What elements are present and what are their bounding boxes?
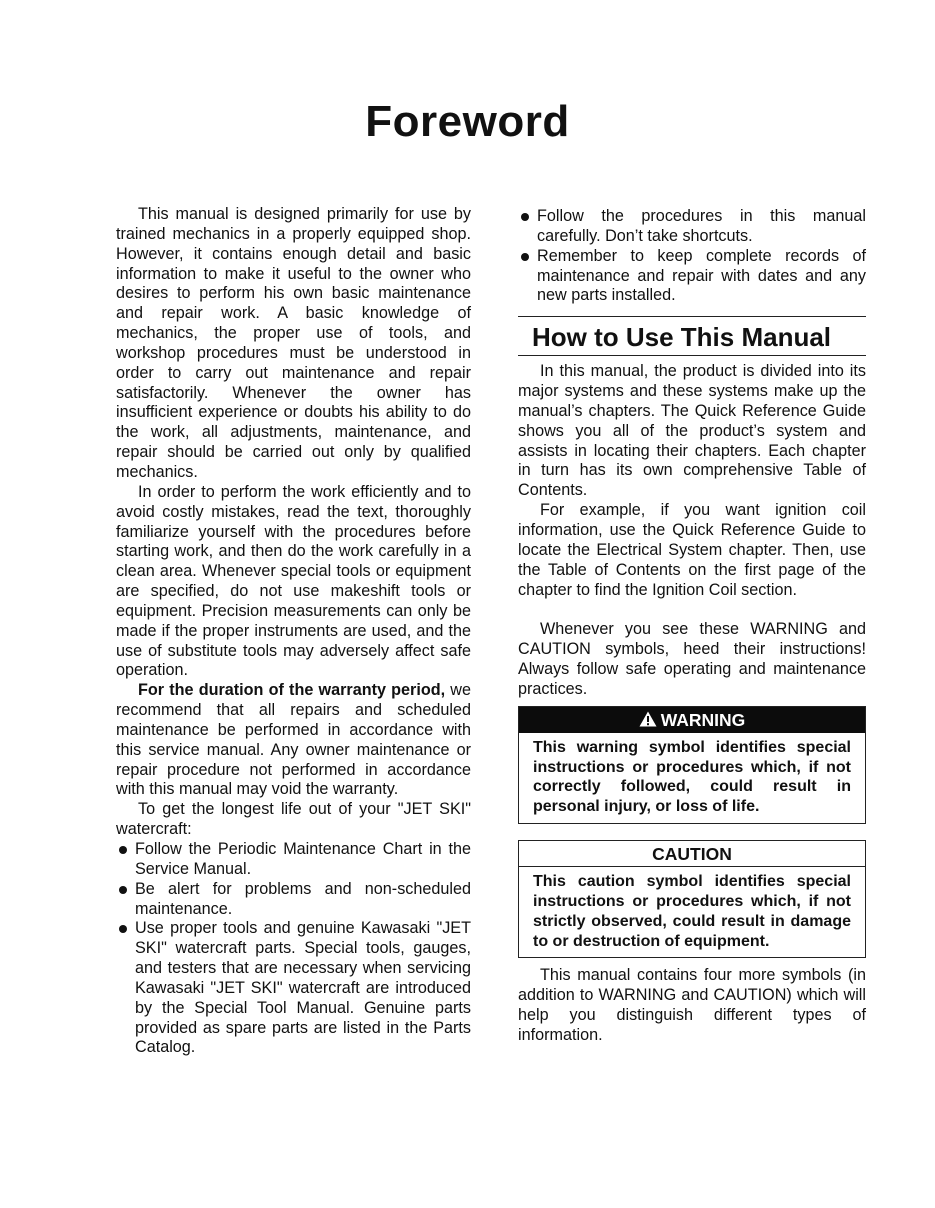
bullet-icon	[119, 886, 127, 894]
symbols-paragraph: Whenever you see these WARNING and CAUTI…	[518, 620, 866, 699]
page-title: Foreword	[0, 92, 935, 152]
warning-box-title: WARNING	[661, 710, 746, 730]
warranty-paragraph: For the duration of the warranty period,…	[116, 681, 471, 800]
bullet-icon	[119, 846, 127, 854]
list-item: Follow the Periodic Maintenance Chart in…	[116, 840, 471, 880]
left-column: This manual is designed primarily for us…	[116, 205, 471, 1058]
list-item: Remember to keep complete records of mai…	[518, 247, 866, 307]
left-bullet-list: Follow the Periodic Maintenance Chart in…	[116, 840, 471, 1058]
right-bullet-list: Follow the procedures in this manual car…	[518, 207, 866, 306]
caution-box-title: CAUTION	[519, 841, 865, 867]
caution-box: CAUTION This caution symbol identifies s…	[518, 840, 866, 958]
efficiency-paragraph: In order to perform the work efficiently…	[116, 483, 471, 681]
example-paragraph: For example, if you want ignition coil i…	[518, 501, 866, 600]
caution-box-body: This caution symbol identifies special i…	[519, 867, 865, 957]
intro-paragraph: This manual is designed primarily for us…	[116, 205, 471, 483]
bullet-icon	[521, 253, 529, 261]
chapters-paragraph: In this manual, the product is divided i…	[518, 362, 866, 501]
list-item: Follow the procedures in this manual car…	[518, 207, 866, 247]
warranty-bold-text: For the duration of the warranty period,	[138, 681, 445, 699]
right-column: Follow the procedures in this manual car…	[518, 207, 866, 1046]
list-item: Be alert for problems and non-scheduled …	[116, 880, 471, 920]
bullet-icon	[119, 925, 127, 933]
closing-paragraph: This manual contains four more symbols (…	[518, 966, 866, 1045]
longest-life-intro: To get the longest life out of your "JET…	[116, 800, 471, 840]
bullet-icon	[521, 213, 529, 221]
warning-box: WARNING This warning symbol identifies s…	[518, 706, 866, 824]
warning-triangle-icon	[639, 711, 657, 727]
section-heading-how-to-use: How to Use This Manual	[518, 316, 866, 356]
warning-box-body: This warning symbol identifies special i…	[519, 733, 865, 823]
list-item: Use proper tools and genuine Kawasaki "J…	[116, 919, 471, 1058]
warning-box-header: WARNING	[519, 707, 865, 733]
